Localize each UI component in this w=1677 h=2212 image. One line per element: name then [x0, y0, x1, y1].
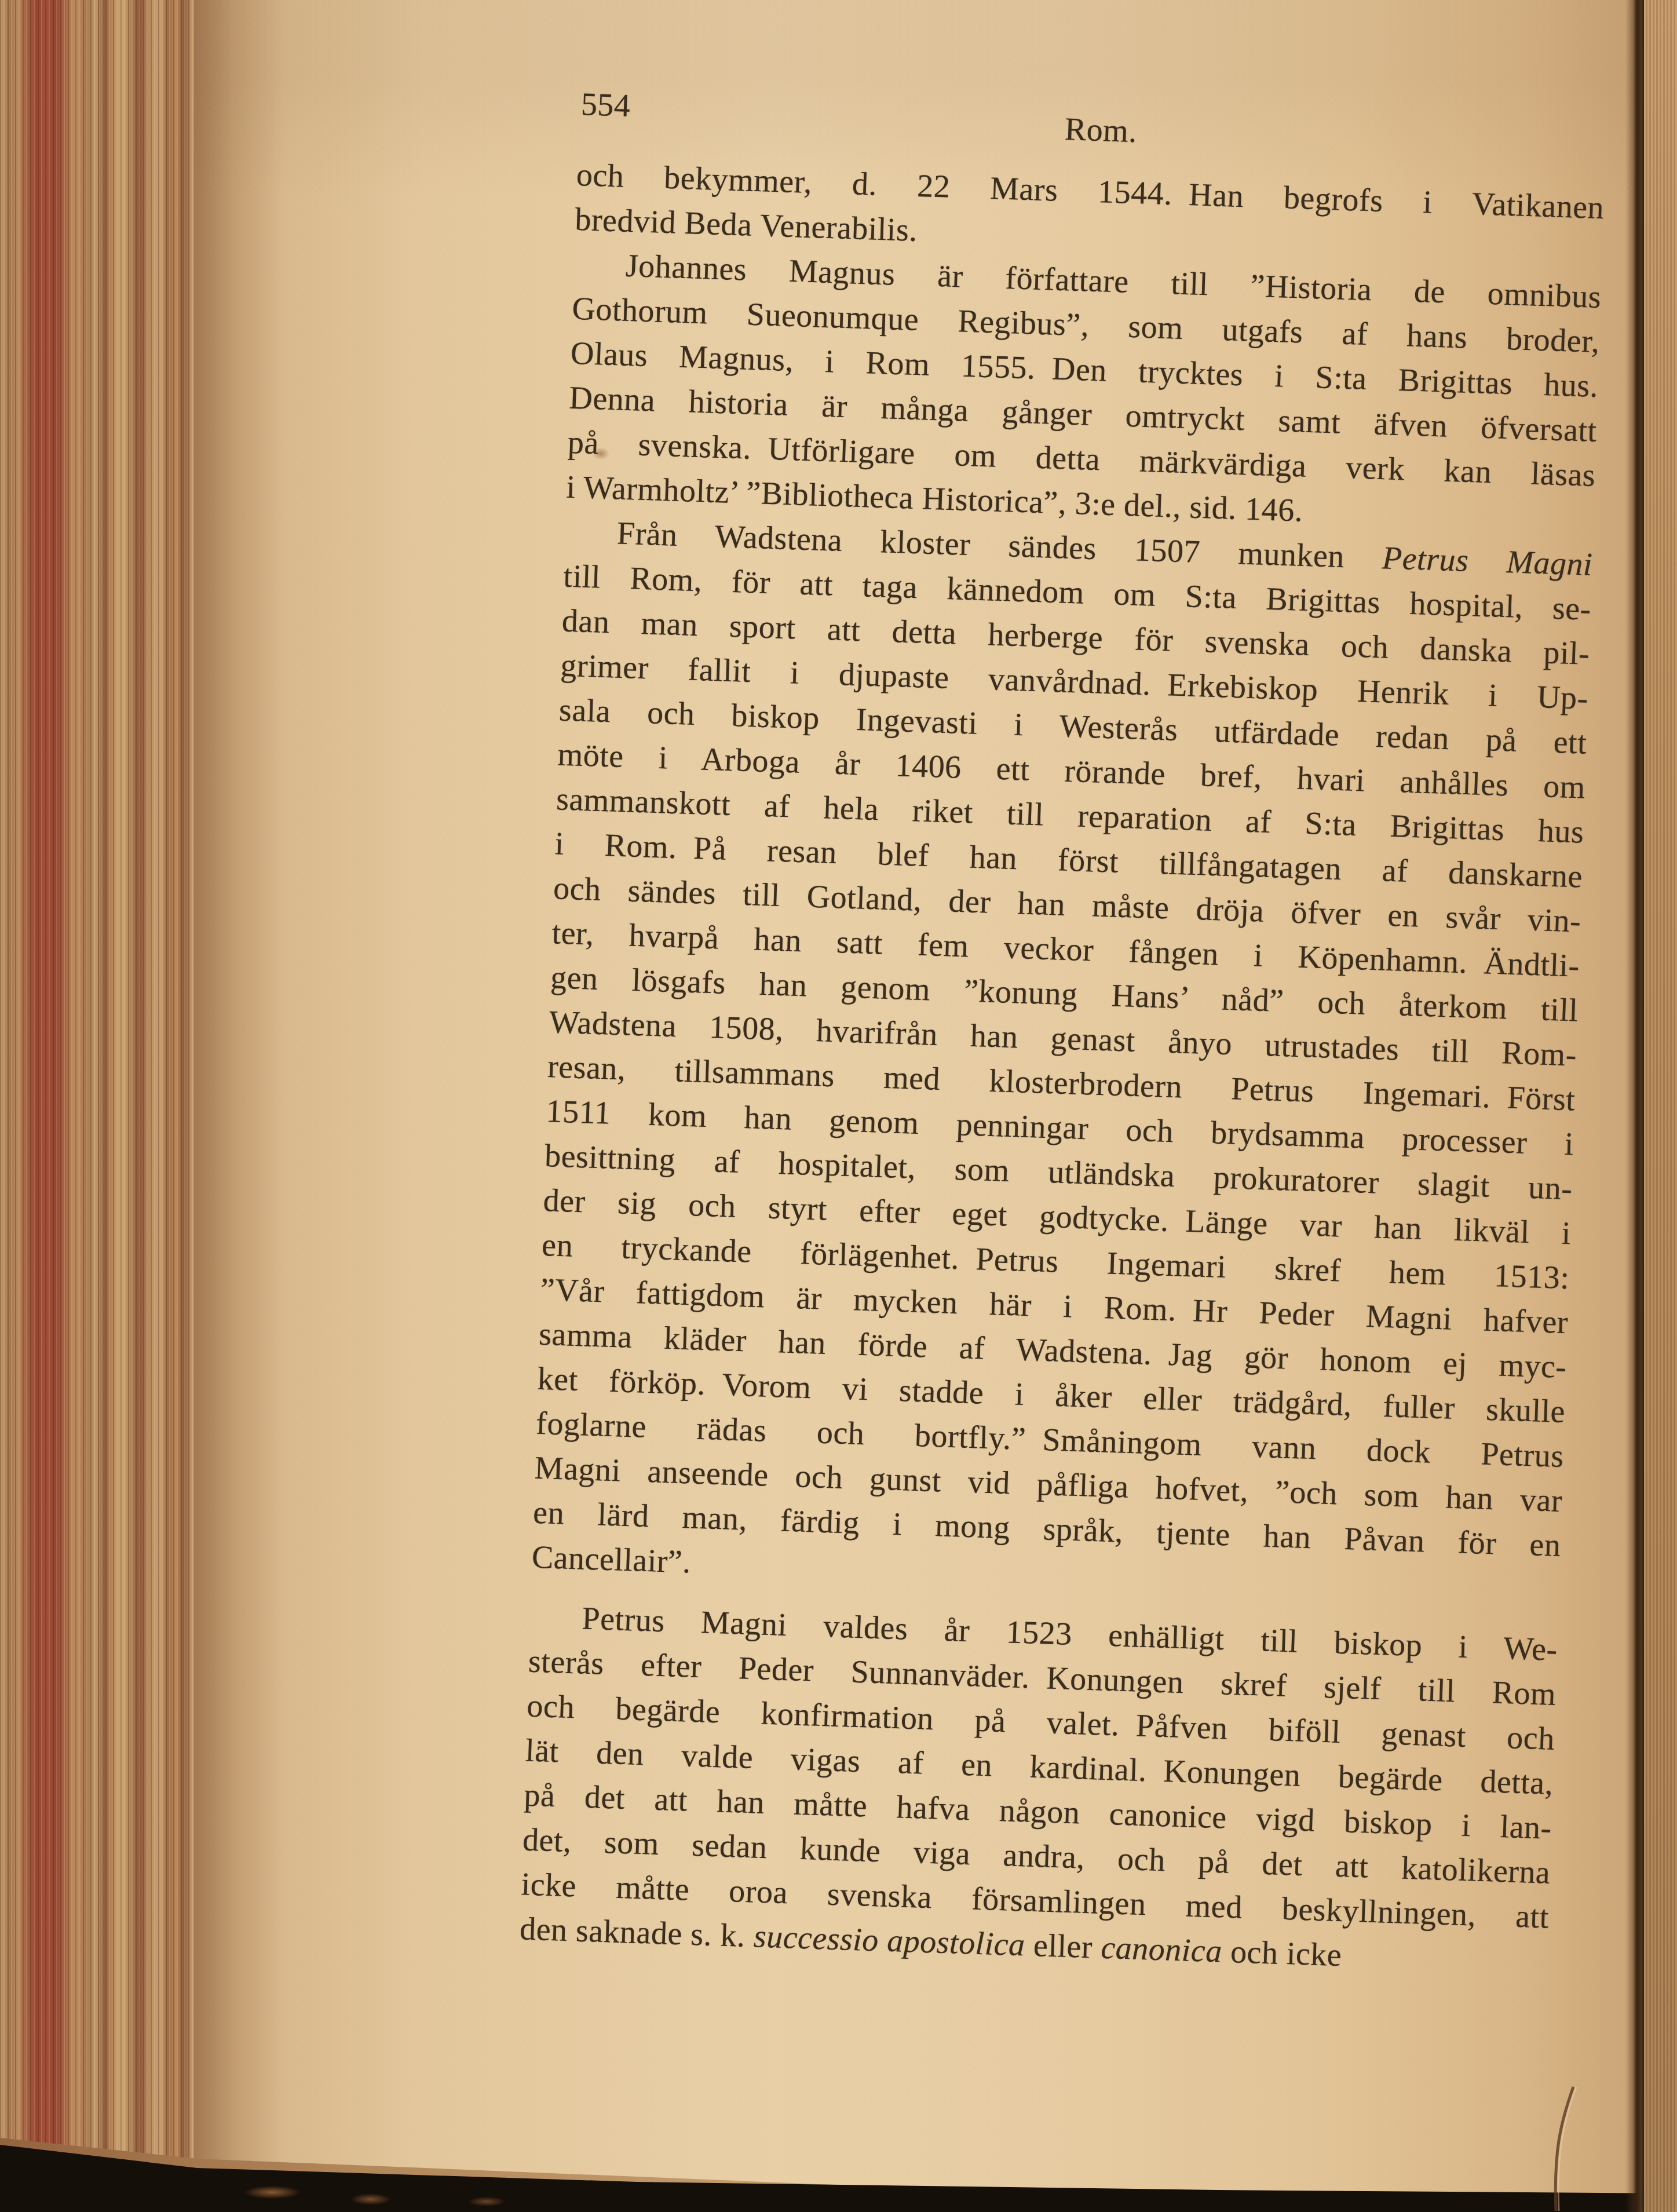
book-scan: 554 Rom. och bekymmer, d. 22 Mars 1544. …: [0, 0, 1677, 2212]
page-tear: [1518, 2074, 1610, 2212]
page-text: 554 Rom. och bekymmer, d. 22 Mars 1544. …: [519, 86, 1607, 1985]
page-edges-stack: [0, 0, 200, 2212]
page-number: 554: [580, 86, 631, 125]
running-head: Rom.: [1064, 111, 1138, 150]
page-fold: [1625, 0, 1646, 2212]
text-lines: och bekymmer, d. 22 Mars 1544. Han begro…: [519, 153, 1605, 1985]
adjacent-page-edge: [1644, 0, 1677, 2212]
